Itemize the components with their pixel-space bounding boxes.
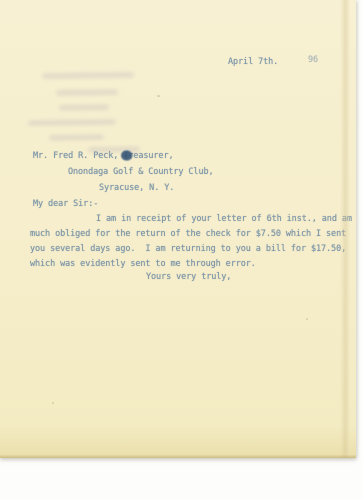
recipient-city: Syracuse, N. Y.	[99, 183, 174, 193]
ink-blot	[121, 150, 133, 161]
salutation: My dear Sir:-	[33, 199, 98, 209]
body-line: you several days ago. I am returning to …	[30, 244, 346, 254]
paper-bottom-edge	[0, 455, 356, 458]
body-line: I am in receipt of your letter of 6th in…	[96, 214, 352, 224]
ghost-text-line	[28, 119, 116, 125]
ghost-text-line	[56, 90, 118, 96]
scanned-letter-page: April 7th. 96 Mr. Fred R. Peck, Treasure…	[0, 0, 363, 500]
body-line: much obliged for the return of the check…	[30, 229, 346, 239]
letter-sheet: April 7th. 96 Mr. Fred R. Peck, Treasure…	[0, 0, 356, 458]
paper-speck	[52, 402, 54, 404]
paper-speck	[157, 95, 160, 97]
page-number: 96	[308, 55, 318, 65]
paper-edge-crease	[340, 0, 350, 458]
recipient-name: Mr. Fred R. Peck, Treasurer,	[33, 151, 174, 161]
closing-line: Yours very truly,	[146, 272, 231, 282]
body-line: which was evidently sent to me through e…	[30, 259, 256, 269]
paper-speck	[306, 318, 308, 320]
ghost-text-line	[49, 135, 104, 141]
ghost-text-line	[42, 72, 134, 78]
letter-date: April 7th.	[228, 57, 278, 67]
recipient-organization: Onondaga Golf & Country Club,	[68, 167, 214, 177]
ghost-text-line	[59, 105, 109, 111]
